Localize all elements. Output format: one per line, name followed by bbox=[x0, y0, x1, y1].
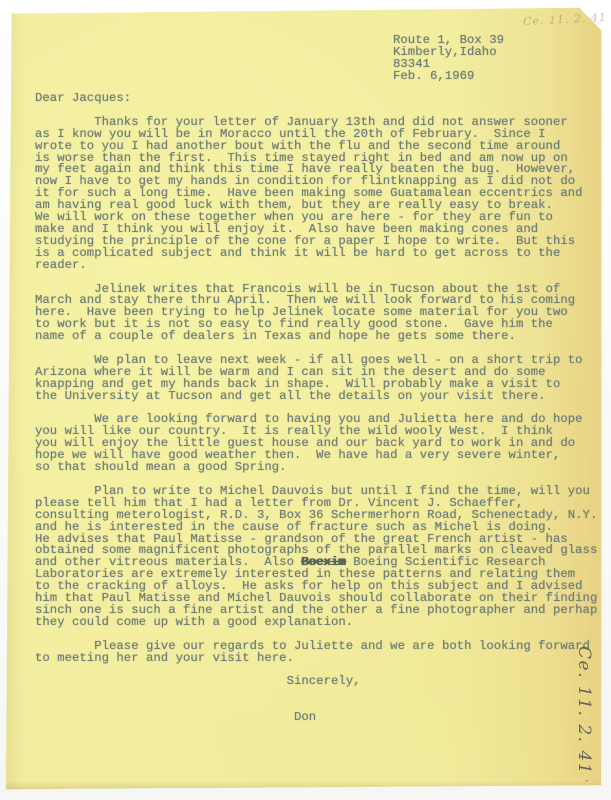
typed-line: to meeting her and your visit here. bbox=[35, 653, 610, 665]
typed-line: they could come up with a good explanati… bbox=[35, 617, 610, 629]
typed-line: Feb. 6,1969 bbox=[393, 71, 504, 83]
typed-line: Don bbox=[35, 712, 610, 724]
typed-body: Dear Jacques: Thanks for your letter of … bbox=[35, 93, 610, 724]
typed-line: is a complicated subject and think it wi… bbox=[35, 248, 610, 260]
return-address-block: Route 1, Box 39Kimberly,Idaho83341Feb. 6… bbox=[393, 35, 504, 83]
typewritten-layer: Route 1, Box 39Kimberly,Idaho83341Feb. 6… bbox=[0, 0, 611, 800]
typed-line: reader. bbox=[35, 260, 610, 272]
handwritten-catalog-note: Ce. 11. 2. 41 bbox=[574, 646, 594, 775]
typed-line: name of a couple of dealers in Texas and… bbox=[35, 331, 610, 343]
typed-line: Dear Jacques: bbox=[35, 93, 610, 105]
typed-line: so that should mean a good Spring. bbox=[35, 462, 610, 474]
typed-line bbox=[35, 688, 610, 700]
scan-background: Route 1, Box 39Kimberly,Idaho83341Feb. 6… bbox=[0, 0, 611, 800]
typed-line: the University at Tucson and get all the… bbox=[35, 391, 610, 403]
typed-line: Sincerely, bbox=[35, 676, 610, 688]
